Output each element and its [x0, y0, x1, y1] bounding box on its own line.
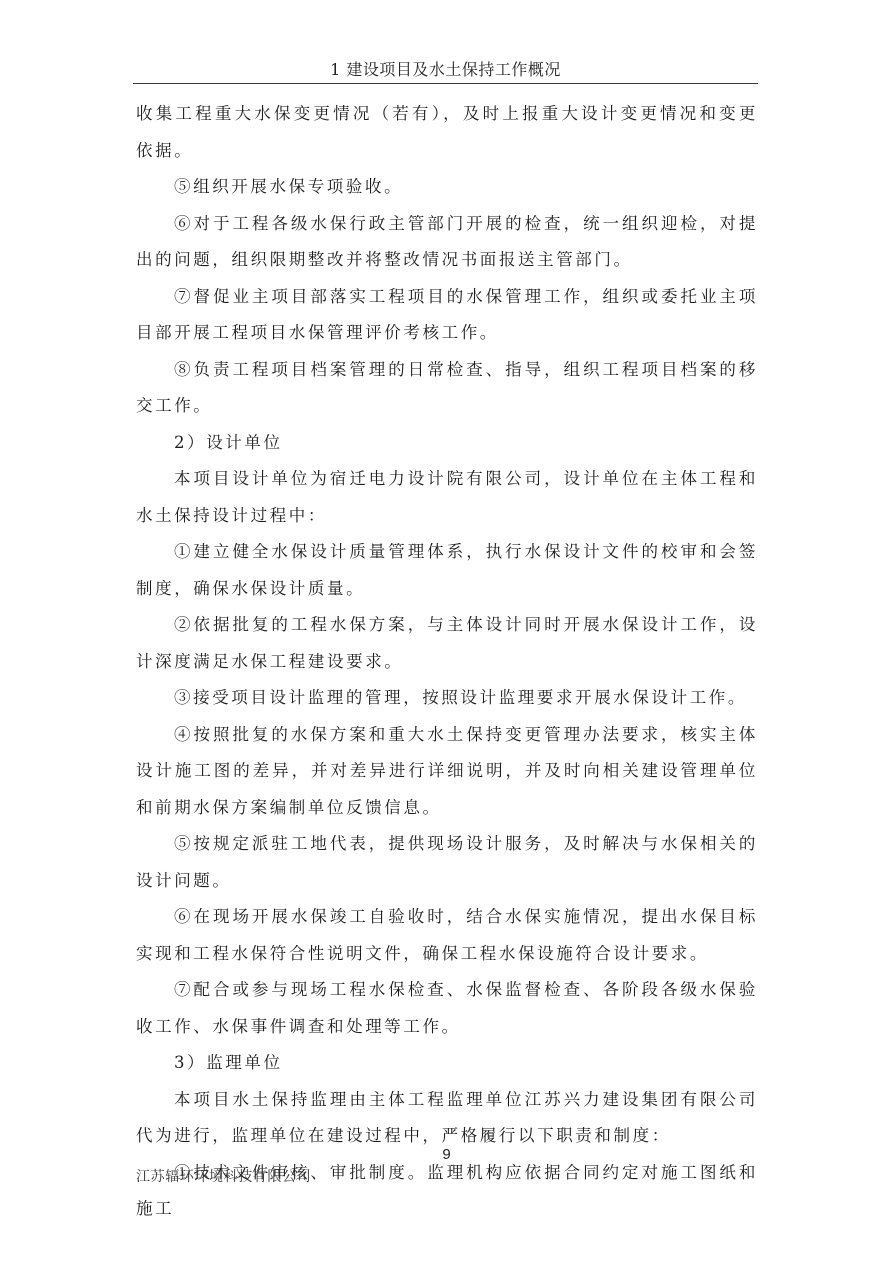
section-heading-supervision-unit: 3）监理单位 [136, 1045, 758, 1082]
header-title: 1 建设项目及水土保持工作概况 [330, 60, 561, 79]
paragraph: ⑦配合或参与现场工程水保检查、水保监督检查、各阶段各级水保验收工作、水保事件调查… [136, 972, 758, 1045]
footer-company: 江苏辐环环境科技有限公司 [136, 1166, 311, 1186]
paragraph: ⑥对于工程各级水保行政主管部门开展的检查，统一组织迎检，对提出的问题，组织限期整… [136, 206, 758, 279]
paragraph: 收集工程重大水保变更情况（若有），及时上报重大设计变更情况和变更依据。 [136, 96, 758, 169]
paragraph: ①建立健全水保设计质量管理体系，执行水保设计文件的校审和会签制度，确保水保设计质… [136, 534, 758, 607]
page-number: 9 [0, 1146, 893, 1163]
paragraph: ③接受项目设计监理的管理，按照设计监理要求开展水保设计工作。 [136, 680, 758, 717]
paragraph: 本项目设计单位为宿迁电力设计院有限公司，设计单位在主体工程和水土保持设计过程中： [136, 461, 758, 534]
document-body: 收集工程重大水保变更情况（若有），及时上报重大设计变更情况和变更依据。 ⑤组织开… [136, 96, 758, 1228]
paragraph: ⑥在现场开展水保竣工自验收时，结合水保实施情况，提出水保目标实现和工程水保符合性… [136, 899, 758, 972]
paragraph: ⑧负责工程项目档案管理的日常检查、指导，组织工程项目档案的移交工作。 [136, 352, 758, 425]
paragraph: ⑤按规定派驻工地代表，提供现场设计服务，及时解决与水保相关的设计问题。 [136, 826, 758, 899]
running-header: 1 建设项目及水土保持工作概况 [133, 58, 758, 84]
paragraph: ②依据批复的工程水保方案，与主体设计同时开展水保设计工作，设计深度满足水保工程建… [136, 607, 758, 680]
paragraph: ⑦督促业主项目部落实工程项目的水保管理工作，组织或委托业主项目部开展工程项目水保… [136, 279, 758, 352]
paragraph: ④按照批复的水保方案和重大水土保持变更管理办法要求，核实主体设计施工图的差异，并… [136, 717, 758, 827]
paragraph: 本项目水土保持监理由主体工程监理单位江苏兴力建设集团有限公司代为进行，监理单位在… [136, 1082, 758, 1155]
paragraph: ⑤组织开展水保专项验收。 [136, 169, 758, 206]
section-heading-design-unit: 2）设计单位 [136, 425, 758, 462]
